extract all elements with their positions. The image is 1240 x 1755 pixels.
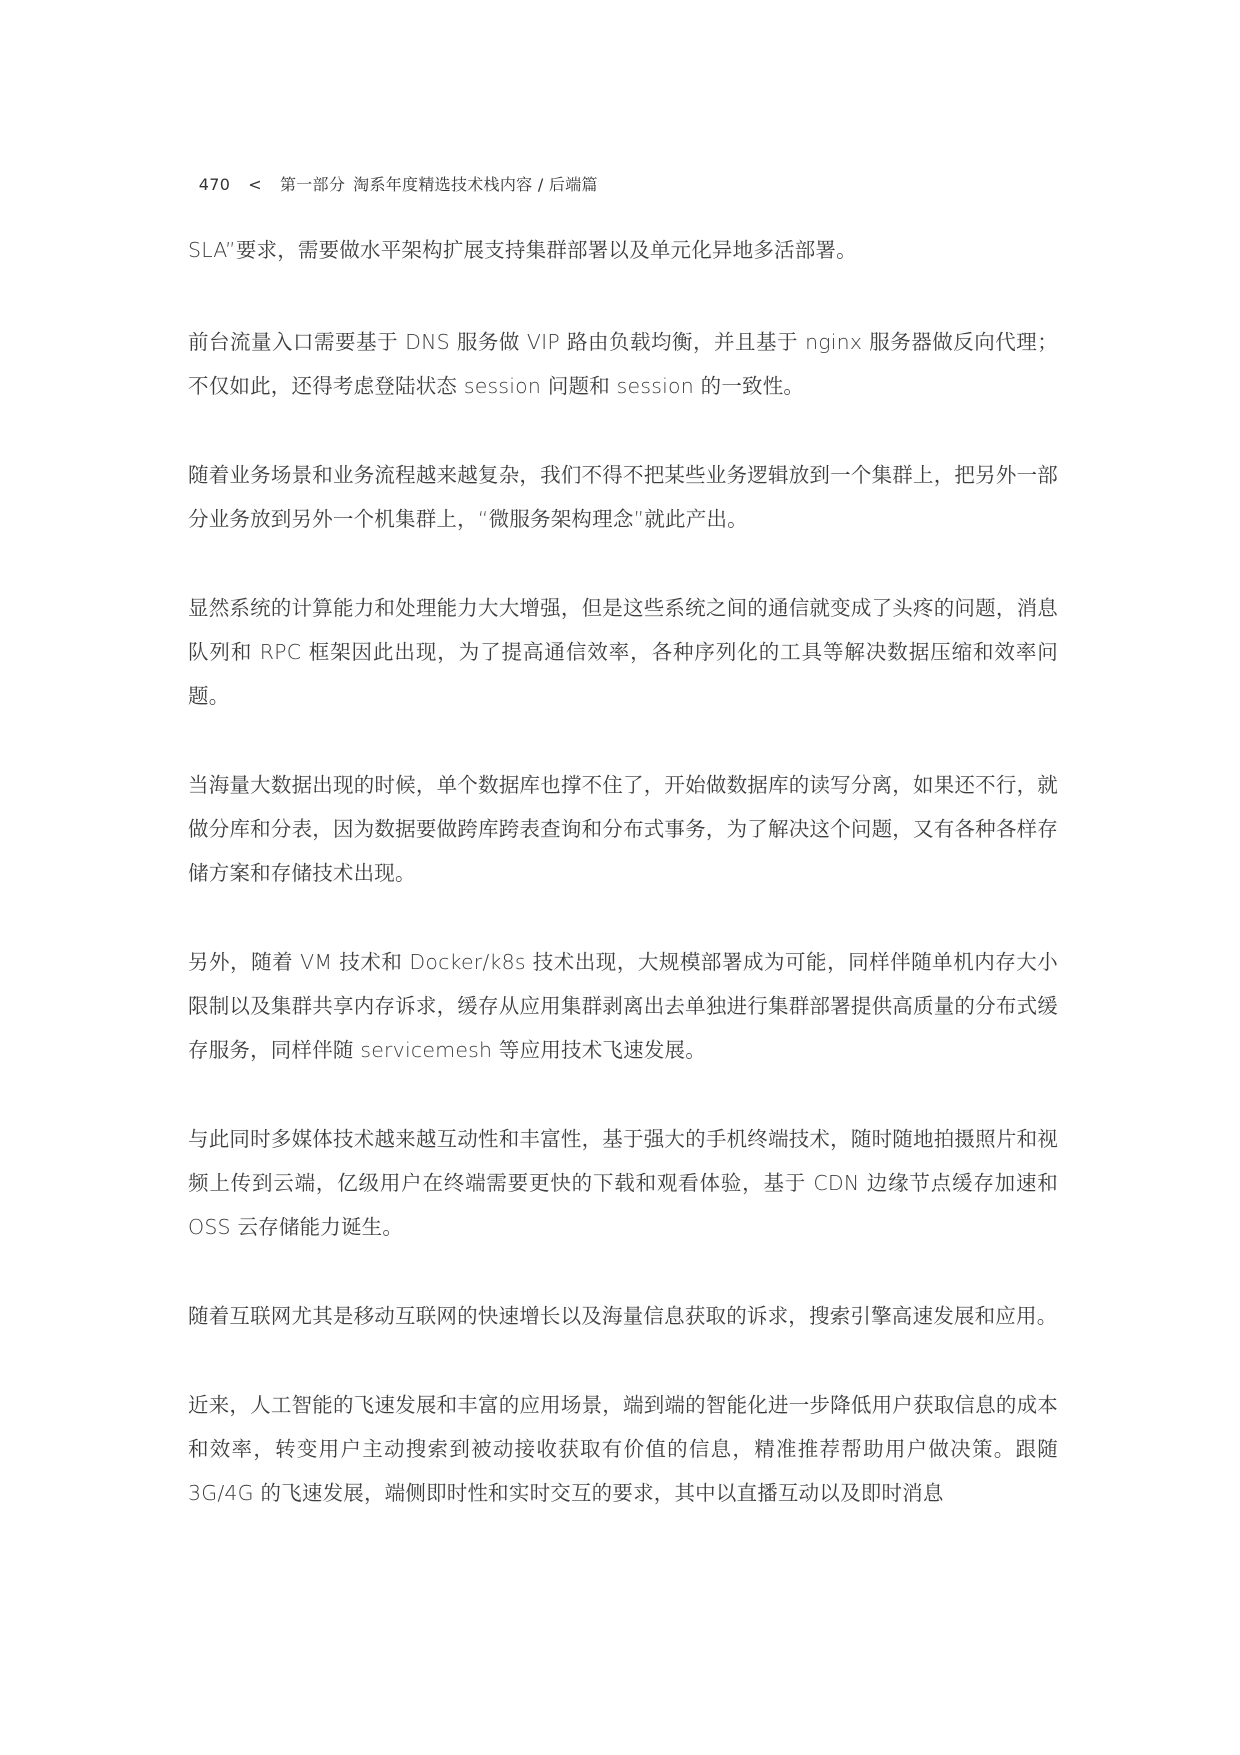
section-label: 淘系年度精选技术栈内容 / 后端篇: [353, 175, 598, 194]
paragraph: 当海量大数据出现的时候，单个数据库也撑不住了，开始做数据库的读写分离，如果还不行…: [188, 763, 1058, 895]
paragraph: 显然系统的计算能力和处理能力大大增强，但是这些系统之间的通信就变成了头疼的问题，…: [188, 586, 1058, 718]
paragraph: 与此同时多媒体技术越来越互动性和丰富性，基于强大的手机终端技术，随时随地拍摄照片…: [188, 1117, 1058, 1249]
paragraph: 随着互联网尤其是移动互联网的快速增长以及海量信息获取的诉求，搜索引擎高速发展和应…: [188, 1294, 1058, 1338]
paragraph: SLA”要求，需要做水平架构扩展支持集群部署以及单元化异地多活部署。: [188, 228, 1058, 272]
part-label: 第一部分: [280, 175, 345, 194]
running-header: 470<第一部分淘系年度精选技术栈内容 / 后端篇: [188, 153, 616, 195]
paragraph: 另外，随着 VM 技术和 Docker/k8s 技术出现，大规模部署成为可能，同…: [188, 940, 1058, 1072]
header-separator: <: [248, 175, 262, 194]
page-body: SLA”要求，需要做水平架构扩展支持集群部署以及单元化异地多活部署。 前台流量入…: [188, 228, 1058, 1560]
paragraph: 前台流量入口需要基于 DNS 服务做 VIP 路由负载均衡，并且基于 nginx…: [188, 320, 1058, 408]
paragraph: 随着业务场景和业务流程越来越复杂，我们不得不把某些业务逻辑放到一个集群上，把另外…: [188, 453, 1058, 541]
paragraph: 近来，人工智能的飞速发展和丰富的应用场景，端到端的智能化进一步降低用户获取信息的…: [188, 1383, 1058, 1515]
page-number: 470: [199, 175, 230, 194]
